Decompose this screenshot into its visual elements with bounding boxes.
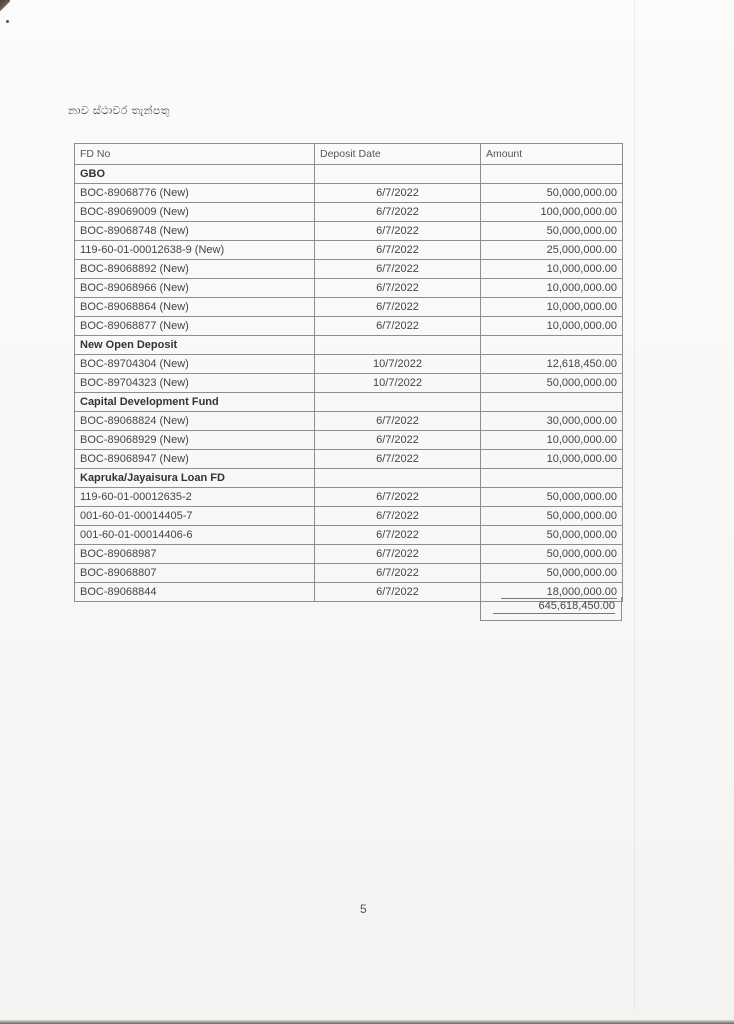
fd-number-cell: 001-60-01-00014406-6 — [75, 526, 315, 545]
page-fold-line — [634, 0, 635, 1010]
section-title: Kapruka/Jayaisura Loan FD — [75, 469, 315, 488]
deposit-date-cell: 6/7/2022 — [315, 583, 481, 602]
fd-number-cell: 001-60-01-00014405-7 — [75, 507, 315, 526]
table-row: 001-60-01-00014405-76/7/202250,000,000.0… — [75, 507, 623, 526]
section-header-row: Capital Development Fund — [75, 393, 623, 412]
table-row: BOC-89068966 (New)6/7/202210,000,000.00 — [75, 279, 623, 298]
amount-cell: 50,000,000.00 — [481, 545, 623, 564]
amount-cell: 10,000,000.00 — [481, 450, 623, 469]
fd-number-cell: BOC-89704304 (New) — [75, 355, 315, 374]
deposit-date-cell: 6/7/2022 — [315, 203, 481, 222]
page-number: 5 — [360, 902, 367, 916]
amount-cell: 50,000,000.00 — [481, 184, 623, 203]
amount-cell: 50,000,000.00 — [481, 374, 623, 393]
section-header-row: GBO — [75, 165, 623, 184]
deposit-date-cell: 6/7/2022 — [315, 317, 481, 336]
fd-number-cell: 119-60-01-00012635-2 — [75, 488, 315, 507]
fd-number-cell: BOC-89069009 (New) — [75, 203, 315, 222]
empty-cell — [481, 336, 623, 355]
table-row: BOC-89068824 (New)6/7/202230,000,000.00 — [75, 412, 623, 431]
fd-number-cell: BOC-89068807 — [75, 564, 315, 583]
deposit-date-cell: 6/7/2022 — [315, 222, 481, 241]
deposit-date-cell: 6/7/2022 — [315, 298, 481, 317]
amount-cell: 50,000,000.00 — [481, 488, 623, 507]
empty-cell — [315, 165, 481, 184]
table-row: BOC-89068892 (New)6/7/202210,000,000.00 — [75, 260, 623, 279]
fd-number-cell: BOC-89068776 (New) — [75, 184, 315, 203]
amount-cell: 50,000,000.00 — [481, 564, 623, 583]
empty-cell — [481, 165, 623, 184]
table-row: BOC-890688076/7/202250,000,000.00 — [75, 564, 623, 583]
deposit-date-cell: 6/7/2022 — [315, 260, 481, 279]
page-speck — [6, 20, 9, 23]
table-row: BOC-89068748 (New)6/7/202250,000,000.00 — [75, 222, 623, 241]
table-row: BOC-89704323 (New)10/7/202250,000,000.00 — [75, 374, 623, 393]
document-page: නාව ස්ථාවර තැන්පතු FD No Deposit Date Am… — [0, 0, 734, 1024]
table-row: BOC-890689876/7/202250,000,000.00 — [75, 545, 623, 564]
deposit-date-cell: 6/7/2022 — [315, 545, 481, 564]
empty-cell — [315, 336, 481, 355]
table-row: BOC-89068864 (New)6/7/202210,000,000.00 — [75, 298, 623, 317]
section-header-row: Kapruka/Jayaisura Loan FD — [75, 469, 623, 488]
amount-cell: 10,000,000.00 — [481, 260, 623, 279]
amount-cell: 12,618,450.00 — [481, 355, 623, 374]
deposit-date-cell: 6/7/2022 — [315, 241, 481, 260]
amount-cell: 10,000,000.00 — [481, 279, 623, 298]
table-row: BOC-89068929 (New)6/7/202210,000,000.00 — [75, 431, 623, 450]
fd-number-cell: BOC-89068966 (New) — [75, 279, 315, 298]
empty-cell — [315, 469, 481, 488]
table-row: BOC-89068776 (New)6/7/202250,000,000.00 — [75, 184, 623, 203]
deposit-date-cell: 6/7/2022 — [315, 526, 481, 545]
amount-cell: 50,000,000.00 — [481, 222, 623, 241]
deposit-date-cell: 6/7/2022 — [315, 564, 481, 583]
amount-cell: 50,000,000.00 — [481, 526, 623, 545]
fd-number-cell: BOC-89068844 — [75, 583, 315, 602]
section-title: Capital Development Fund — [75, 393, 315, 412]
table-row: BOC-89068877 (New)6/7/202210,000,000.00 — [75, 317, 623, 336]
table-row: 119-60-01-00012635-26/7/202250,000,000.0… — [75, 488, 623, 507]
table-row: BOC-89068947 (New)6/7/202210,000,000.00 — [75, 450, 623, 469]
amount-cell: 50,000,000.00 — [481, 507, 623, 526]
total-cell: 645,618,450.00 — [480, 597, 622, 621]
amount-cell: 100,000,000.00 — [481, 203, 623, 222]
table-row: BOC-89069009 (New)6/7/2022100,000,000.00 — [75, 203, 623, 222]
fd-number-cell: BOC-89068929 (New) — [75, 431, 315, 450]
deposit-date-cell: 6/7/2022 — [315, 184, 481, 203]
table-body: GBOBOC-89068776 (New)6/7/202250,000,000.… — [75, 165, 623, 602]
fd-number-cell: 119-60-01-00012638-9 (New) — [75, 241, 315, 260]
amount-cell: 10,000,000.00 — [481, 431, 623, 450]
fd-number-cell: BOC-89068987 — [75, 545, 315, 564]
document-heading: නාව ස්ථාවර තැන්පතු — [68, 104, 170, 118]
section-title: New Open Deposit — [75, 336, 315, 355]
column-header-deposit-date: Deposit Date — [315, 144, 481, 165]
amount-cell: 30,000,000.00 — [481, 412, 623, 431]
fixed-deposit-table: FD No Deposit Date Amount GBOBOC-8906877… — [74, 143, 623, 602]
deposit-date-cell: 6/7/2022 — [315, 450, 481, 469]
deposit-date-cell: 6/7/2022 — [315, 488, 481, 507]
fd-number-cell: BOC-89068748 (New) — [75, 222, 315, 241]
table-header-row: FD No Deposit Date Amount — [75, 144, 623, 165]
page-bottom-edge — [0, 1020, 734, 1024]
fd-number-cell: BOC-89068947 (New) — [75, 450, 315, 469]
deposit-date-cell: 10/7/2022 — [315, 374, 481, 393]
fd-number-cell: BOC-89068892 (New) — [75, 260, 315, 279]
amount-cell: 25,000,000.00 — [481, 241, 623, 260]
deposit-date-cell: 6/7/2022 — [315, 412, 481, 431]
deposit-date-cell: 6/7/2022 — [315, 507, 481, 526]
deposit-date-cell: 10/7/2022 — [315, 355, 481, 374]
table-row: 001-60-01-00014406-66/7/202250,000,000.0… — [75, 526, 623, 545]
empty-cell — [481, 393, 623, 412]
fd-number-cell: BOC-89068864 (New) — [75, 298, 315, 317]
column-header-amount: Amount — [481, 144, 623, 165]
total-amount: 645,618,450.00 — [493, 600, 615, 614]
page-corner-shadow — [0, 0, 10, 14]
empty-cell — [315, 393, 481, 412]
deposit-date-cell: 6/7/2022 — [315, 279, 481, 298]
fd-number-cell: BOC-89704323 (New) — [75, 374, 315, 393]
section-header-row: New Open Deposit — [75, 336, 623, 355]
fd-number-cell: BOC-89068877 (New) — [75, 317, 315, 336]
deposit-date-cell: 6/7/2022 — [315, 431, 481, 450]
section-title: GBO — [75, 165, 315, 184]
column-header-fd-no: FD No — [75, 144, 315, 165]
fd-number-cell: BOC-89068824 (New) — [75, 412, 315, 431]
table-row: BOC-89704304 (New)10/7/202212,618,450.00 — [75, 355, 623, 374]
amount-cell: 10,000,000.00 — [481, 317, 623, 336]
amount-cell: 10,000,000.00 — [481, 298, 623, 317]
empty-cell — [481, 469, 623, 488]
table-row: 119-60-01-00012638-9 (New)6/7/202225,000… — [75, 241, 623, 260]
